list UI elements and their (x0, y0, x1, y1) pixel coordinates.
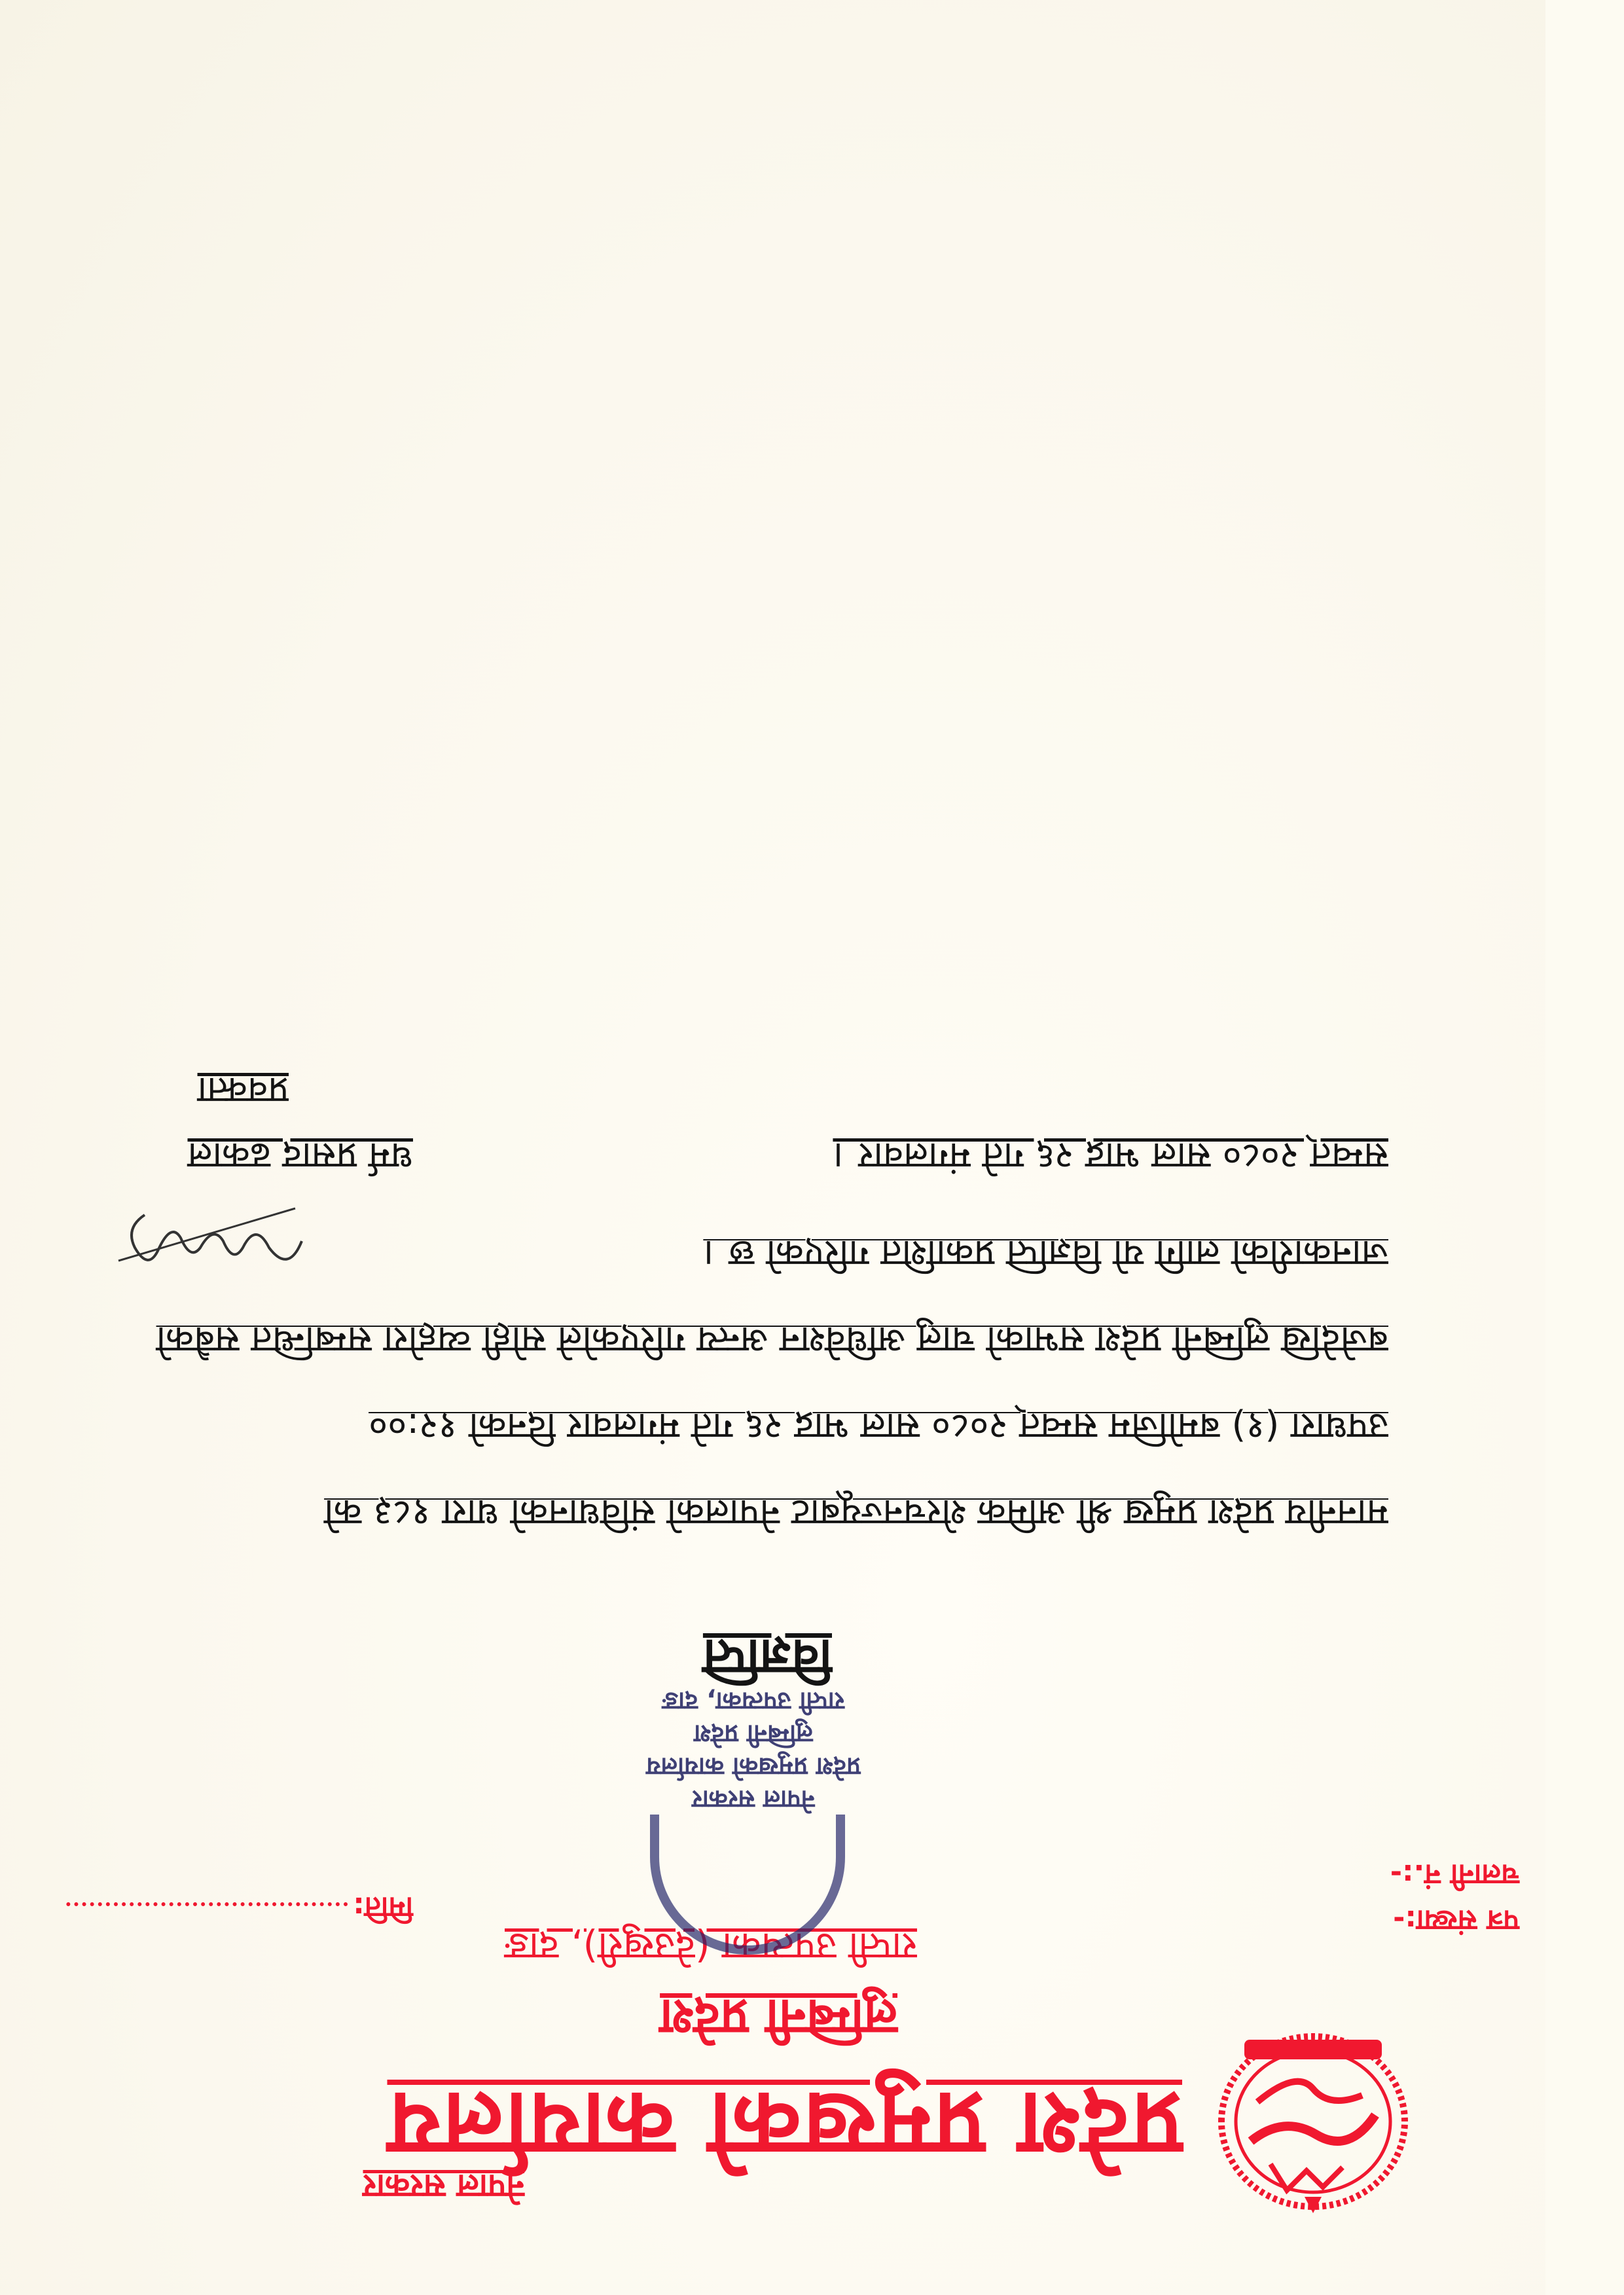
office-title: प्रदेश प्रमुखको कार्यालय (388, 2067, 1183, 2190)
stamp-line: प्रदेश प्रमुखको कार्यालय (616, 1750, 891, 1784)
body-line: बजेदेखि लुम्बिनी प्रदेश सभाको चालु अधिवे… (92, 1296, 1388, 1382)
date-label: मिति: (353, 1889, 413, 1928)
paper-background: नेपाल सरकार प्रदेश प्रमुखको कार्यालय लुम… (0, 0, 1545, 2295)
dispatch-number-label: चलानी नं.:- (1390, 1856, 1519, 1896)
handwritten-signature-icon (105, 1189, 315, 1287)
document-page: नेपाल सरकार प्रदेश प्रमुखको कार्यालय लुम… (0, 0, 1624, 2295)
issue-date: सम्वत् २०८० साल भाद्र २६ गते मंगलवार । (833, 1132, 1388, 1182)
stamp-line: नेपाल सरकार (616, 1783, 891, 1817)
stamp-line: लुम्बिनी प्रदेश (616, 1718, 891, 1752)
nepal-emblem-icon (1205, 2030, 1421, 2226)
signatory-title: प्रवक्ता (198, 1067, 289, 1117)
body-line: उपधारा (१) बमोजिम सम्वत् २०८० साल भाद्र … (92, 1382, 1388, 1469)
stamp-emblem-icon (650, 1815, 845, 1955)
signatory-name: धर्म प्रसाद ढकाल (188, 1132, 414, 1182)
notice-title: विज्ञप्ति (703, 1625, 832, 1693)
letter-number-label: पत्र संख्या:- (1393, 1902, 1519, 1942)
office-stamp: नेपाल सरकार प्रदेश प्रमुखको कार्यालय लुम… (616, 1667, 891, 1955)
date-blank-line (66, 1902, 348, 1928)
body-line: माननीय प्रदेश प्रमुख श्री अमिक शेरचनज्यू… (92, 1469, 1388, 1555)
province-name: लुम्बिनी प्रदेश (660, 1985, 897, 2053)
